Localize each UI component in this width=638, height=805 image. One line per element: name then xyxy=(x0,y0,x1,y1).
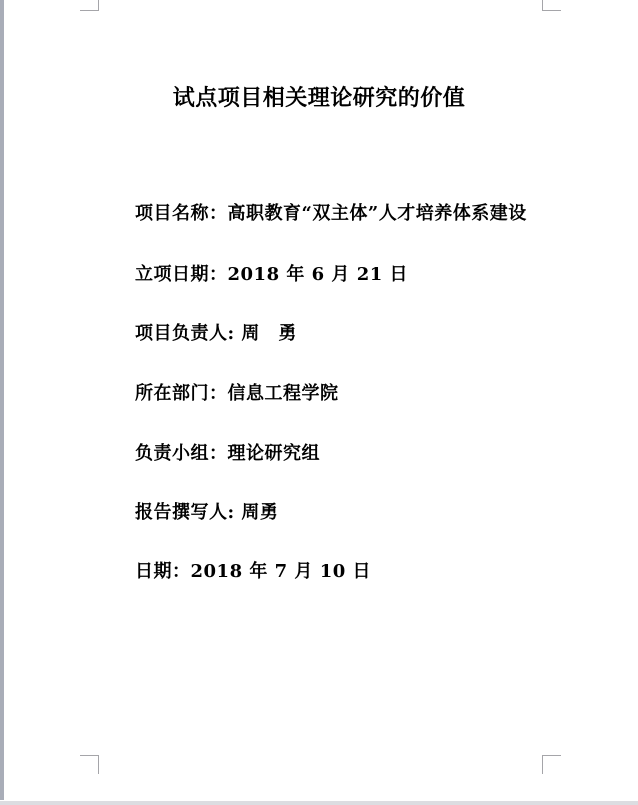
window-left-edge xyxy=(0,0,4,800)
page-title[interactable]: 试点项目相关理论研究的价值 xyxy=(0,84,638,112)
field-label: 立项日期 xyxy=(135,264,209,285)
field-colon: ： xyxy=(209,443,228,464)
window-bottom-edge xyxy=(0,801,638,805)
field-label: 日期 xyxy=(135,561,172,582)
field-value: 高职教育“双主体”人才培养体系建设 xyxy=(228,203,527,224)
field-colon: ： xyxy=(209,383,228,404)
field-line-responsible-group[interactable]: 负责小组：理论研究组 xyxy=(135,442,320,465)
field-value: 周 勇 xyxy=(241,323,297,344)
field-colon: : xyxy=(228,323,242,344)
field-line-project-name[interactable]: 项目名称：高职教育“双主体”人才培养体系建设 xyxy=(135,202,527,225)
field-value: 2018 年 7 月 10 日 xyxy=(191,561,372,582)
crop-mark-top-left xyxy=(80,0,99,11)
field-label: 项目负责人 xyxy=(135,323,228,344)
field-colon: ： xyxy=(209,264,228,285)
field-label: 负责小组 xyxy=(135,443,209,464)
field-colon: ： xyxy=(209,203,228,224)
crop-mark-bottom-left xyxy=(80,755,99,774)
field-label: 项目名称 xyxy=(135,203,209,224)
field-line-report-writer[interactable]: 报告撰写人: 周勇 xyxy=(135,501,278,524)
field-value: 信息工程学院 xyxy=(228,383,339,404)
field-value: 周勇 xyxy=(241,502,278,523)
field-line-approval-date[interactable]: 立项日期：2018 年 6 月 21 日 xyxy=(135,263,408,286)
field-value: 理论研究组 xyxy=(228,443,321,464)
crop-mark-bottom-right xyxy=(542,755,561,774)
document-page[interactable]: 试点项目相关理论研究的价值 项目名称：高职教育“双主体”人才培养体系建设 立项日… xyxy=(0,0,638,805)
field-label: 报告撰写人 xyxy=(135,502,228,523)
field-colon: : xyxy=(228,502,242,523)
field-line-date[interactable]: 日期：2018 年 7 月 10 日 xyxy=(135,560,371,583)
field-label: 所在部门 xyxy=(135,383,209,404)
crop-mark-top-right xyxy=(542,0,561,11)
field-line-project-leader[interactable]: 项目负责人: 周 勇 xyxy=(135,322,297,345)
field-value: 2018 年 6 月 21 日 xyxy=(228,264,409,285)
field-colon: ： xyxy=(172,561,191,582)
field-line-department[interactable]: 所在部门：信息工程学院 xyxy=(135,382,339,405)
